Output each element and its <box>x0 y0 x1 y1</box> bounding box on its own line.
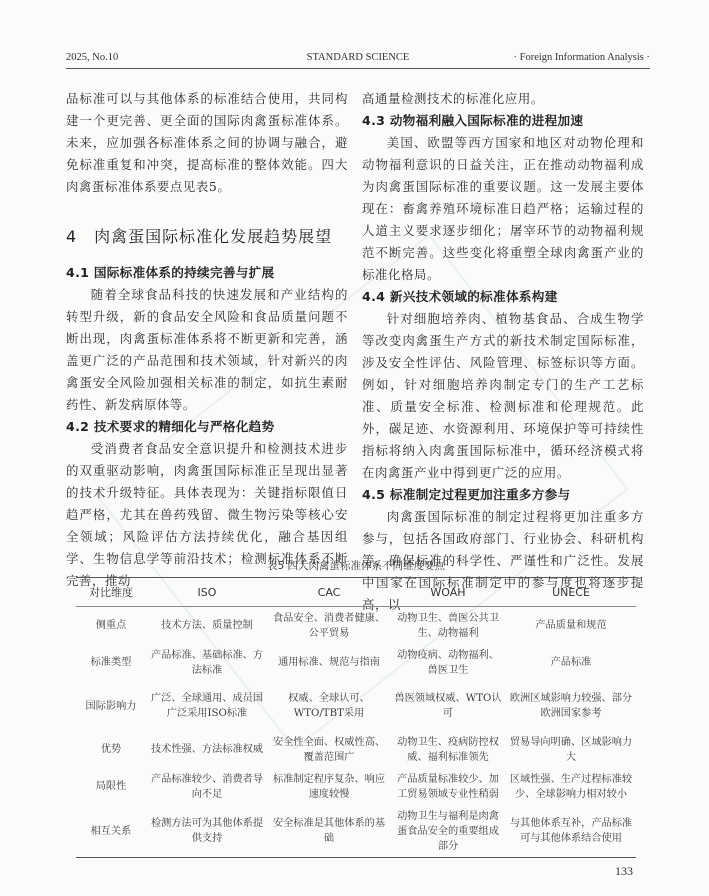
cell-unece: 欧洲区域影响力较强、部分欧洲国家参考 <box>506 681 636 731</box>
section-4-3-heading: 4.3 动物福利融入国际标准的进程加速 <box>362 110 644 132</box>
section-4-3-paragraph: 美国、欧盟等西方国家和地区对动物伦理和动物福利意识的日益关注，正在推动动物福利成… <box>362 132 644 286</box>
section-4-2-heading: 4.2 技术要求的精细化与严格化趋势 <box>66 416 348 438</box>
cell-unece: 产品标准 <box>506 644 636 681</box>
cell-iso: 技术方法、质量控制 <box>146 607 268 645</box>
right-column: 高通量检测技术的标准化应用。 4.3 动物福利融入国际标准的进程加速 美国、欧盟… <box>362 88 644 616</box>
cell-woah: 兽医领域权威、WTO认可 <box>390 681 506 731</box>
table-row: 优势 技术性强、方法标准权威 安全性全面、权威性高、覆盖范围广 动物卫生、疫病防… <box>76 731 636 768</box>
section-4-1-paragraph: 随着全球食品科技的快速发展和产业结构的转型升级，新的食品安全风险和食品质量问题不… <box>66 284 348 416</box>
table-row: 标准类型 产品标准、基础标准、方法标准 通用标准、规范与指南 动物疫病、动物福利… <box>76 644 636 681</box>
table-header-row: 对比维度 ISO CAC WOAH UNECE <box>76 578 636 607</box>
row-label: 相互关系 <box>76 805 146 858</box>
comparison-table: 对比维度 ISO CAC WOAH UNECE 侧重点 技术方法、质量控制 食品… <box>76 577 636 858</box>
section-4-4-paragraph: 针对细胞培养肉、植物基食品、合成生物学等改变肉禽蛋生产方式的新技术制定国际标准，… <box>362 308 644 484</box>
section-4-heading: 4 肉禽蛋国际标准化发展趋势展望 <box>66 226 348 248</box>
row-label: 标准类型 <box>76 644 146 681</box>
table-caption: 表5 四大肉禽蛋标准体系不同维度要点 <box>76 558 636 573</box>
cell-woah: 产品质量标准较少、加工贸易领域专业性稍弱 <box>390 768 506 805</box>
running-header: 2025, No.10 STANDARD SCIENCE · Foreign I… <box>66 52 650 69</box>
cell-cac: 食品安全、消费者健康、公平贸易 <box>268 607 390 645</box>
table-row: 侧重点 技术方法、质量控制 食品安全、消费者健康、公平贸易 动物卫生、兽医公共卫… <box>76 607 636 645</box>
header-woah: WOAH <box>390 578 506 607</box>
cell-cac: 通用标准、规范与指南 <box>268 644 390 681</box>
cell-unece: 与其他体系互补，产品标准可与其他体系结合使用 <box>506 805 636 858</box>
cell-cac: 安全性全面、权威性高、覆盖范围广 <box>268 731 390 768</box>
cell-unece: 产品质量和规范 <box>506 607 636 645</box>
table-row: 局限性 产品标准较少、消费者导向不足 标准制定程序复杂、响应速度较慢 产品质量标… <box>76 768 636 805</box>
intro-paragraph: 品标准可以与其他体系的标准结合使用，共同构建一个更完善、更全面的国际肉禽蛋标准体… <box>66 88 348 198</box>
cell-iso: 广泛、全球通用、成员国广泛采用ISO标准 <box>146 681 268 731</box>
cell-woah: 动物卫生与福利是肉禽蛋食品安全的重要组成部分 <box>390 805 506 858</box>
cell-iso: 产品标准、基础标准、方法标准 <box>146 644 268 681</box>
header-unece: UNECE <box>506 578 636 607</box>
header-iso: ISO <box>146 578 268 607</box>
cell-cac: 权威、全球认可、WTO/TBT采用 <box>268 681 390 731</box>
cell-unece: 区域性强、生产过程标准较少、全球影响力相对较小 <box>506 768 636 805</box>
table-row: 国际影响力 广泛、全球通用、成员国广泛采用ISO标准 权威、全球认可、WTO/T… <box>76 681 636 731</box>
cell-woah: 动物疫病、动物福利、兽医卫生 <box>390 644 506 681</box>
cell-woah: 动物卫生、兽医公共卫生、动物福利 <box>390 607 506 645</box>
left-column: 品标准可以与其他体系的标准结合使用，共同构建一个更完善、更全面的国际肉禽蛋标准体… <box>66 88 348 592</box>
section-label: · Foreign Information Analysis · <box>514 52 650 63</box>
row-label: 局限性 <box>76 768 146 805</box>
cell-iso: 产品标准较少、消费者导向不足 <box>146 768 268 805</box>
section-4-5-heading: 4.5 标准制定过程更加注重多方参与 <box>362 484 644 506</box>
header-cac: CAC <box>268 578 390 607</box>
page-number: 133 <box>615 864 633 879</box>
cell-iso: 技术性强、方法标准权威 <box>146 731 268 768</box>
section-4-1-heading: 4.1 国际标准体系的持续完善与扩展 <box>66 262 348 284</box>
cell-iso: 检测方法可为其他体系提供支持 <box>146 805 268 858</box>
header-dimension: 对比维度 <box>76 578 146 607</box>
row-label: 优势 <box>76 731 146 768</box>
table-row: 相互关系 检测方法可为其他体系提供支持 安全标准是其他体系的基础 动物卫生与福利… <box>76 805 636 858</box>
cell-unece: 贸易导向明确、区域影响力大 <box>506 731 636 768</box>
row-label: 国际影响力 <box>76 681 146 731</box>
continued-paragraph: 高通量检测技术的标准化应用。 <box>362 88 644 110</box>
table-5: 表5 四大肉禽蛋标准体系不同维度要点 对比维度 ISO CAC WOAH UNE… <box>76 558 636 858</box>
section-4-4-heading: 4.4 新兴技术领域的标准体系构建 <box>362 286 644 308</box>
cell-cac: 标准制定程序复杂、响应速度较慢 <box>268 768 390 805</box>
cell-cac: 安全标准是其他体系的基础 <box>268 805 390 858</box>
cell-woah: 动物卫生、疫病防控权威、福利标准领先 <box>390 731 506 768</box>
row-label: 侧重点 <box>76 607 146 645</box>
